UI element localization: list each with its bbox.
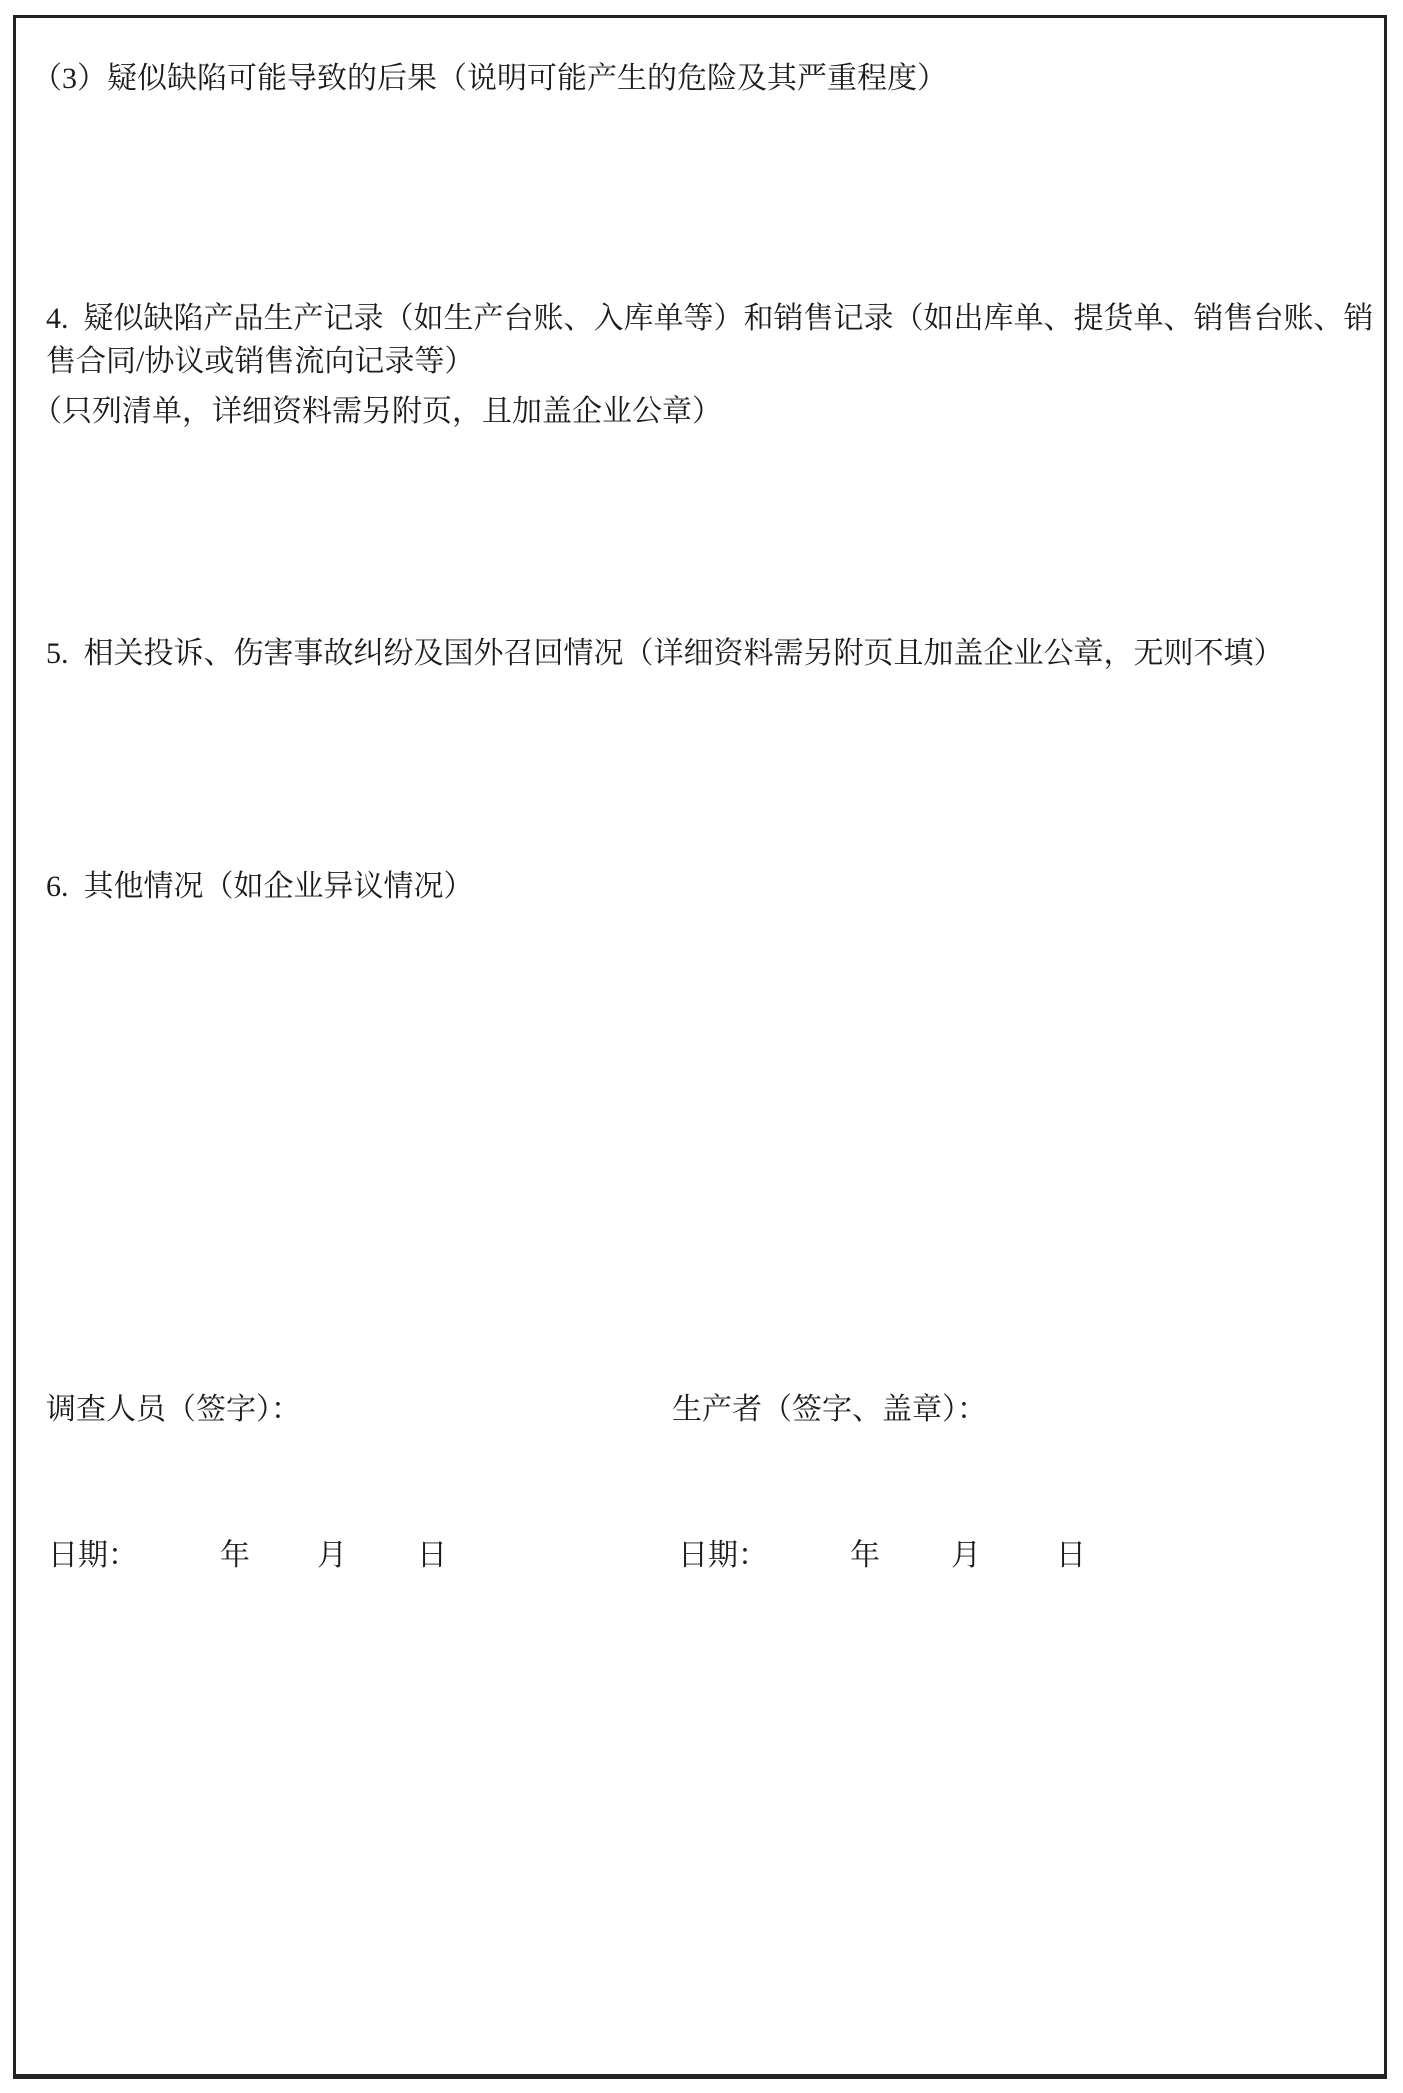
left-date-year-label: 年 <box>220 1538 250 1574</box>
right-date-label: 日期： <box>678 1538 768 1574</box>
item6-other-situations-line: 6. 其他情况（如企业异议情况） <box>46 869 474 905</box>
item4-list-only-note: （只列清单，详细资料需另附页，且加盖企业公章） <box>32 394 722 430</box>
investigator-signature-label: 调查人员（签字）： <box>46 1392 301 1428</box>
producer-signature-label: 生产者（签字、盖章）： <box>672 1392 987 1428</box>
section3-consequence-line: （3）疑似缺陷可能导致的后果（说明可能产生的危险及其严重程度） <box>32 61 947 97</box>
item4-production-sales-records-line1: 4. 疑似缺陷产品生产记录（如生产台账、入库单等）和销售记录（如出库单、提货单、… <box>46 301 1374 337</box>
left-date-month-label: 月 <box>317 1538 347 1574</box>
right-date-day-label: 日 <box>1056 1538 1086 1574</box>
left-date-label: 日期： <box>48 1538 138 1574</box>
item4-production-sales-records-line2: 售合同/协议或销售流向记录等） <box>46 344 474 380</box>
item5-complaints-recalls-line: 5. 相关投诉、伤害事故纠纷及国外召回情况（详细资料需另附页且加盖企业公章，无则… <box>46 636 1284 672</box>
right-date-year-label: 年 <box>850 1538 880 1574</box>
left-date-day-label: 日 <box>417 1538 447 1574</box>
right-date-month-label: 月 <box>951 1538 981 1574</box>
document-page: （3）疑似缺陷可能导致的后果（说明可能产生的危险及其严重程度） 4. 疑似缺陷产… <box>0 0 1403 2093</box>
